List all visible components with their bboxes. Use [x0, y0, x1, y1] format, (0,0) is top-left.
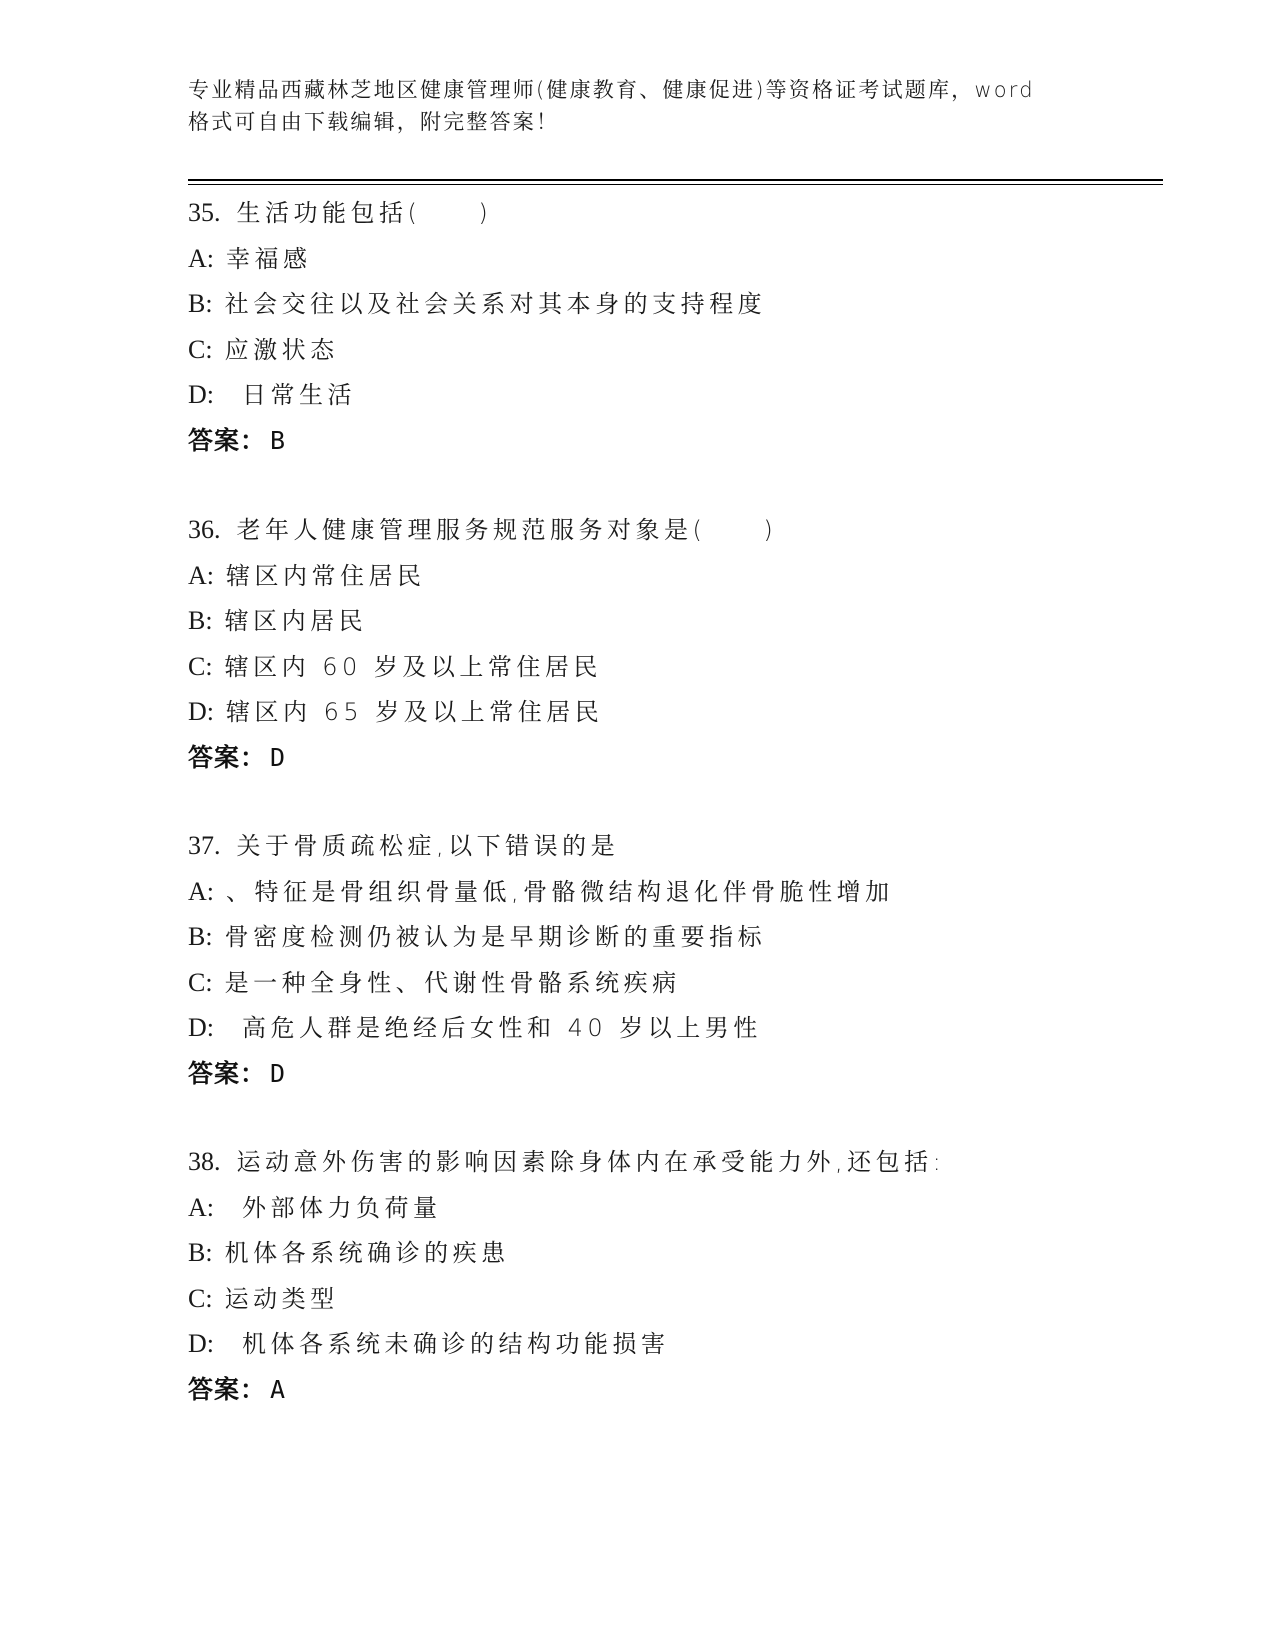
option-c: C:运动类型	[188, 1276, 1168, 1322]
option-text: 辖区内居民	[225, 607, 368, 635]
answer-label: 答案：	[188, 1059, 266, 1088]
option-letter: B:	[188, 606, 213, 635]
question-number: 35.	[188, 198, 221, 227]
option-text: 、特征是骨组织骨量低,骨骼微结构退化伴骨脆性增加	[226, 878, 894, 906]
answer-line: 答案：A	[188, 1367, 1168, 1413]
question-number: 38.	[188, 1147, 221, 1176]
header-divider	[188, 179, 1163, 185]
question-text: 运动意外伤害的影响因素除身体内在承受能力外,还包括:	[237, 1148, 946, 1176]
answer-line: 答案：B	[188, 418, 1168, 464]
question-36: 36.老年人健康管理服务规范服务对象是( ) A:辖区内常住居民 B:辖区内居民…	[188, 507, 1168, 780]
answer-value: D	[270, 743, 285, 772]
option-a: A:、特征是骨组织骨量低,骨骼微结构退化伴骨脆性增加	[188, 869, 1168, 915]
option-text: 辖区内 60 岁及以上常住居民	[225, 653, 602, 681]
option-text: 社会交往以及社会关系对其本身的支持程度	[225, 290, 767, 318]
answer-value: B	[270, 426, 285, 455]
question-stem: 36.老年人健康管理服务规范服务对象是( )	[188, 507, 1168, 553]
question-number: 37.	[188, 831, 221, 860]
answer-value: D	[270, 1059, 285, 1088]
option-letter: D:	[188, 1329, 214, 1358]
option-b: B:社会交往以及社会关系对其本身的支持程度	[188, 281, 1168, 327]
answer-label: 答案：	[188, 1375, 266, 1404]
option-text: 运动类型	[225, 1285, 339, 1313]
option-c: C:应激状态	[188, 327, 1168, 373]
option-d: D:日常生活	[188, 372, 1168, 418]
option-text: 机体各系统未确诊的结构功能损害	[242, 1330, 670, 1358]
answer-line: 答案：D	[188, 1051, 1168, 1097]
option-a: A:外部体力负荷量	[188, 1185, 1168, 1231]
option-text: 幸福感	[226, 245, 312, 273]
option-d: D:辖区内 65 岁及以上常住居民	[188, 689, 1168, 735]
document-header: 专业精品西藏林芝地区健康管理师(健康教育、健康促进)等资格证考试题库，word …	[188, 74, 1108, 138]
option-letter: B:	[188, 289, 213, 318]
option-a: A:幸福感	[188, 236, 1168, 282]
option-text: 机体各系统确诊的疾患	[225, 1239, 510, 1267]
option-letter: A:	[188, 561, 214, 590]
option-letter: C:	[188, 335, 213, 364]
question-38: 38.运动意外伤害的影响因素除身体内在承受能力外,还包括: A:外部体力负荷量 …	[188, 1139, 1168, 1412]
question-stem: 37.关于骨质疏松症,以下错误的是	[188, 823, 1168, 869]
option-letter: C:	[188, 1284, 213, 1313]
question-text: 关于骨质疏松症,以下错误的是	[237, 832, 620, 860]
question-35: 35.生活功能包括( ) A:幸福感 B:社会交往以及社会关系对其本身的支持程度…	[188, 190, 1168, 463]
option-a: A:辖区内常住居民	[188, 553, 1168, 599]
header-line-1: 专业精品西藏林芝地区健康管理师(健康教育、健康促进)等资格证考试题库，word	[188, 74, 1108, 106]
question-number: 36.	[188, 515, 221, 544]
option-letter: C:	[188, 652, 213, 681]
option-b: B:辖区内居民	[188, 598, 1168, 644]
answer-label: 答案：	[188, 743, 266, 772]
option-text: 辖区内 65 岁及以上常住居民	[226, 698, 603, 726]
option-letter: D:	[188, 1013, 214, 1042]
document-page: 专业精品西藏林芝地区健康管理师(健康教育、健康促进)等资格证考试题库，word …	[0, 0, 1275, 1650]
option-text: 骨密度检测仍被认为是早期诊断的重要指标	[225, 923, 767, 951]
question-37: 37.关于骨质疏松症,以下错误的是 A:、特征是骨组织骨量低,骨骼微结构退化伴骨…	[188, 823, 1168, 1096]
option-letter: B:	[188, 1238, 213, 1267]
answer-value: A	[270, 1375, 285, 1404]
option-text: 外部体力负荷量	[242, 1194, 442, 1222]
question-text: 生活功能包括( )	[237, 199, 493, 227]
question-stem: 38.运动意外伤害的影响因素除身体内在承受能力外,还包括:	[188, 1139, 1168, 1185]
option-letter: A:	[188, 244, 214, 273]
option-text: 应激状态	[225, 336, 339, 364]
option-letter: D:	[188, 380, 214, 409]
option-letter: A:	[188, 1193, 214, 1222]
option-letter: A:	[188, 877, 214, 906]
answer-line: 答案：D	[188, 735, 1168, 781]
question-text: 老年人健康管理服务规范服务对象是( )	[237, 516, 778, 544]
option-letter: B:	[188, 922, 213, 951]
option-text: 是一种全身性、代谢性骨骼系统疾病	[225, 969, 681, 997]
option-b: B:骨密度检测仍被认为是早期诊断的重要指标	[188, 914, 1168, 960]
option-text: 辖区内常住居民	[226, 562, 426, 590]
option-c: C:辖区内 60 岁及以上常住居民	[188, 644, 1168, 690]
option-text: 高危人群是绝经后女性和 40 岁以上男性	[242, 1014, 762, 1042]
header-line-2: 格式可自由下载编辑，附完整答案！	[188, 106, 1108, 138]
option-letter: C:	[188, 968, 213, 997]
option-d: D:高危人群是绝经后女性和 40 岁以上男性	[188, 1005, 1168, 1051]
option-letter: D:	[188, 697, 214, 726]
answer-label: 答案：	[188, 426, 266, 455]
option-d: D:机体各系统未确诊的结构功能损害	[188, 1321, 1168, 1367]
option-b: B:机体各系统确诊的疾患	[188, 1230, 1168, 1276]
option-text: 日常生活	[242, 381, 356, 409]
question-stem: 35.生活功能包括( )	[188, 190, 1168, 236]
option-c: C:是一种全身性、代谢性骨骼系统疾病	[188, 960, 1168, 1006]
